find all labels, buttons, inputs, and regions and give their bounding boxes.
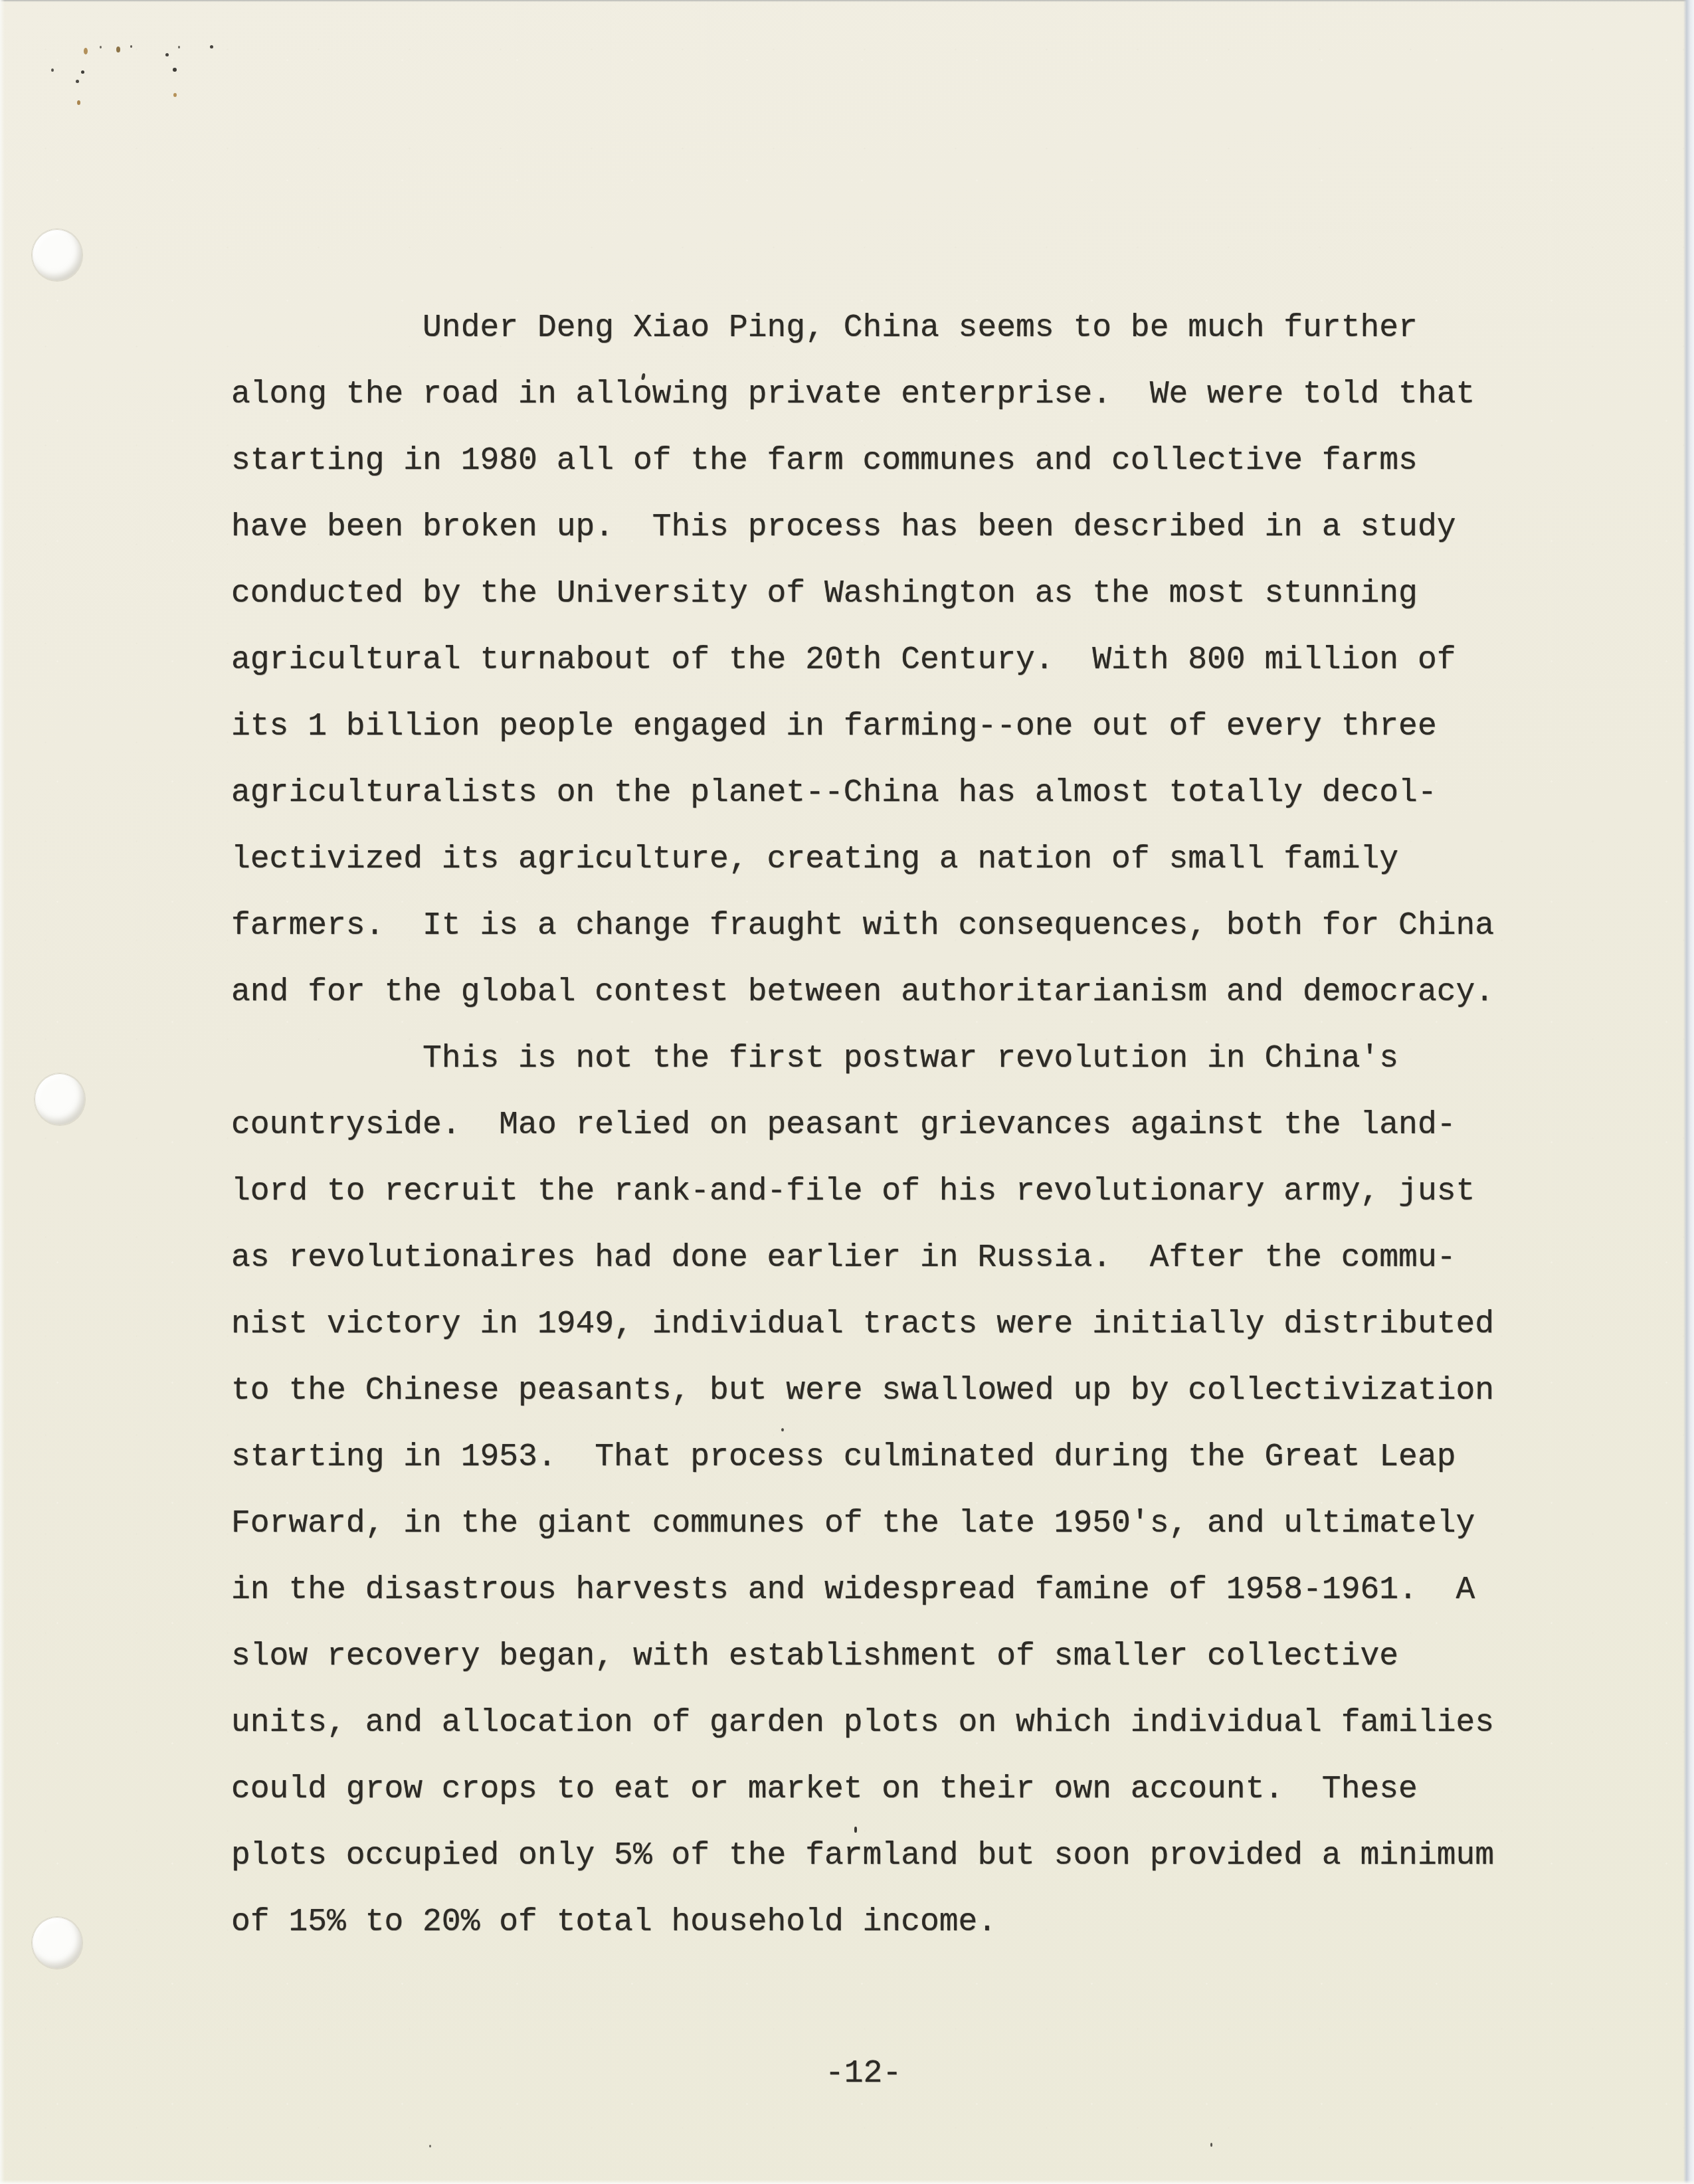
text-line: Forward, in the giant communes of the la…	[231, 1491, 1566, 1557]
paper-speck	[77, 100, 80, 105]
text-line: agriculturalists on the planet--China ha…	[231, 760, 1566, 826]
paper-speck	[165, 53, 169, 56]
text-line: could grow crops to eat or market on the…	[231, 1756, 1566, 1823]
paper-speck	[173, 68, 177, 72]
punch-hole-top	[32, 229, 82, 281]
paper-speck	[178, 46, 180, 48]
text-line: have been broken up. This process has be…	[231, 494, 1566, 561]
punch-hole-middle	[35, 1073, 85, 1125]
paper-speck	[51, 68, 54, 72]
paper-speck	[130, 45, 132, 48]
paper-speck	[100, 46, 102, 48]
scan-edge-top	[0, 0, 1694, 2]
text-line: starting in 1980 all of the farm commune…	[231, 428, 1566, 494]
text-line: to the Chinese peasants, but were swallo…	[231, 1358, 1566, 1424]
text-line: of 15% to 20% of total household income.	[231, 1889, 1566, 1956]
text-line: agricultural turnabout of the 20th Centu…	[231, 627, 1566, 693]
text-line: starting in 1953. That process culminate…	[231, 1424, 1566, 1491]
paper-speck	[81, 70, 84, 74]
page-number: -12-	[825, 2041, 901, 2107]
typewritten-text: Under Deng Xiao Ping, China seems to be …	[231, 295, 1566, 1956]
paper-speck	[116, 46, 120, 52]
scan-edge-right	[1683, 0, 1694, 2184]
scan-edge-bottom	[0, 2180, 1694, 2184]
text-line: Under Deng Xiao Ping, China seems to be …	[231, 295, 1566, 361]
paper-speck	[210, 45, 213, 48]
text-line: and for the global contest between autho…	[231, 959, 1566, 1026]
paper-speck	[76, 80, 79, 83]
text-line: lectivized its agriculture, creating a n…	[231, 826, 1566, 893]
text-line: units, and allocation of garden plots on…	[231, 1690, 1566, 1756]
paper-speck	[429, 2145, 431, 2147]
text-line: its 1 billion people engaged in farming-…	[231, 693, 1566, 760]
text-line: farmers. It is a change fraught with con…	[231, 893, 1566, 959]
text-line: as revolutionaires had done earlier in R…	[231, 1225, 1566, 1291]
text-line: conducted by the University of Washingto…	[231, 561, 1566, 627]
text-line: lord to recruit the rank-and-file of his…	[231, 1158, 1566, 1225]
scanned-typewritten-page: Under Deng Xiao Ping, China seems to be …	[0, 0, 1694, 2184]
punch-hole-bottom	[32, 1917, 82, 1969]
text-line: slow recovery began, with establishment …	[231, 1623, 1566, 1690]
paper-speck	[84, 48, 88, 54]
paper-speck	[1210, 2143, 1212, 2147]
paper-speck	[173, 93, 177, 97]
text-line: along the road in allowing private enter…	[231, 361, 1566, 428]
text-line: nist victory in 1949, individual tracts …	[231, 1291, 1566, 1358]
text-line: This is not the first postwar revolution…	[231, 1026, 1566, 1092]
text-line: in the disastrous harvests and widesprea…	[231, 1557, 1566, 1623]
text-line: countryside. Mao relied on peasant griev…	[231, 1092, 1566, 1158]
text-line: plots occupied only 5% of the farmland b…	[231, 1823, 1566, 1889]
scan-edge-left	[0, 0, 5, 2184]
